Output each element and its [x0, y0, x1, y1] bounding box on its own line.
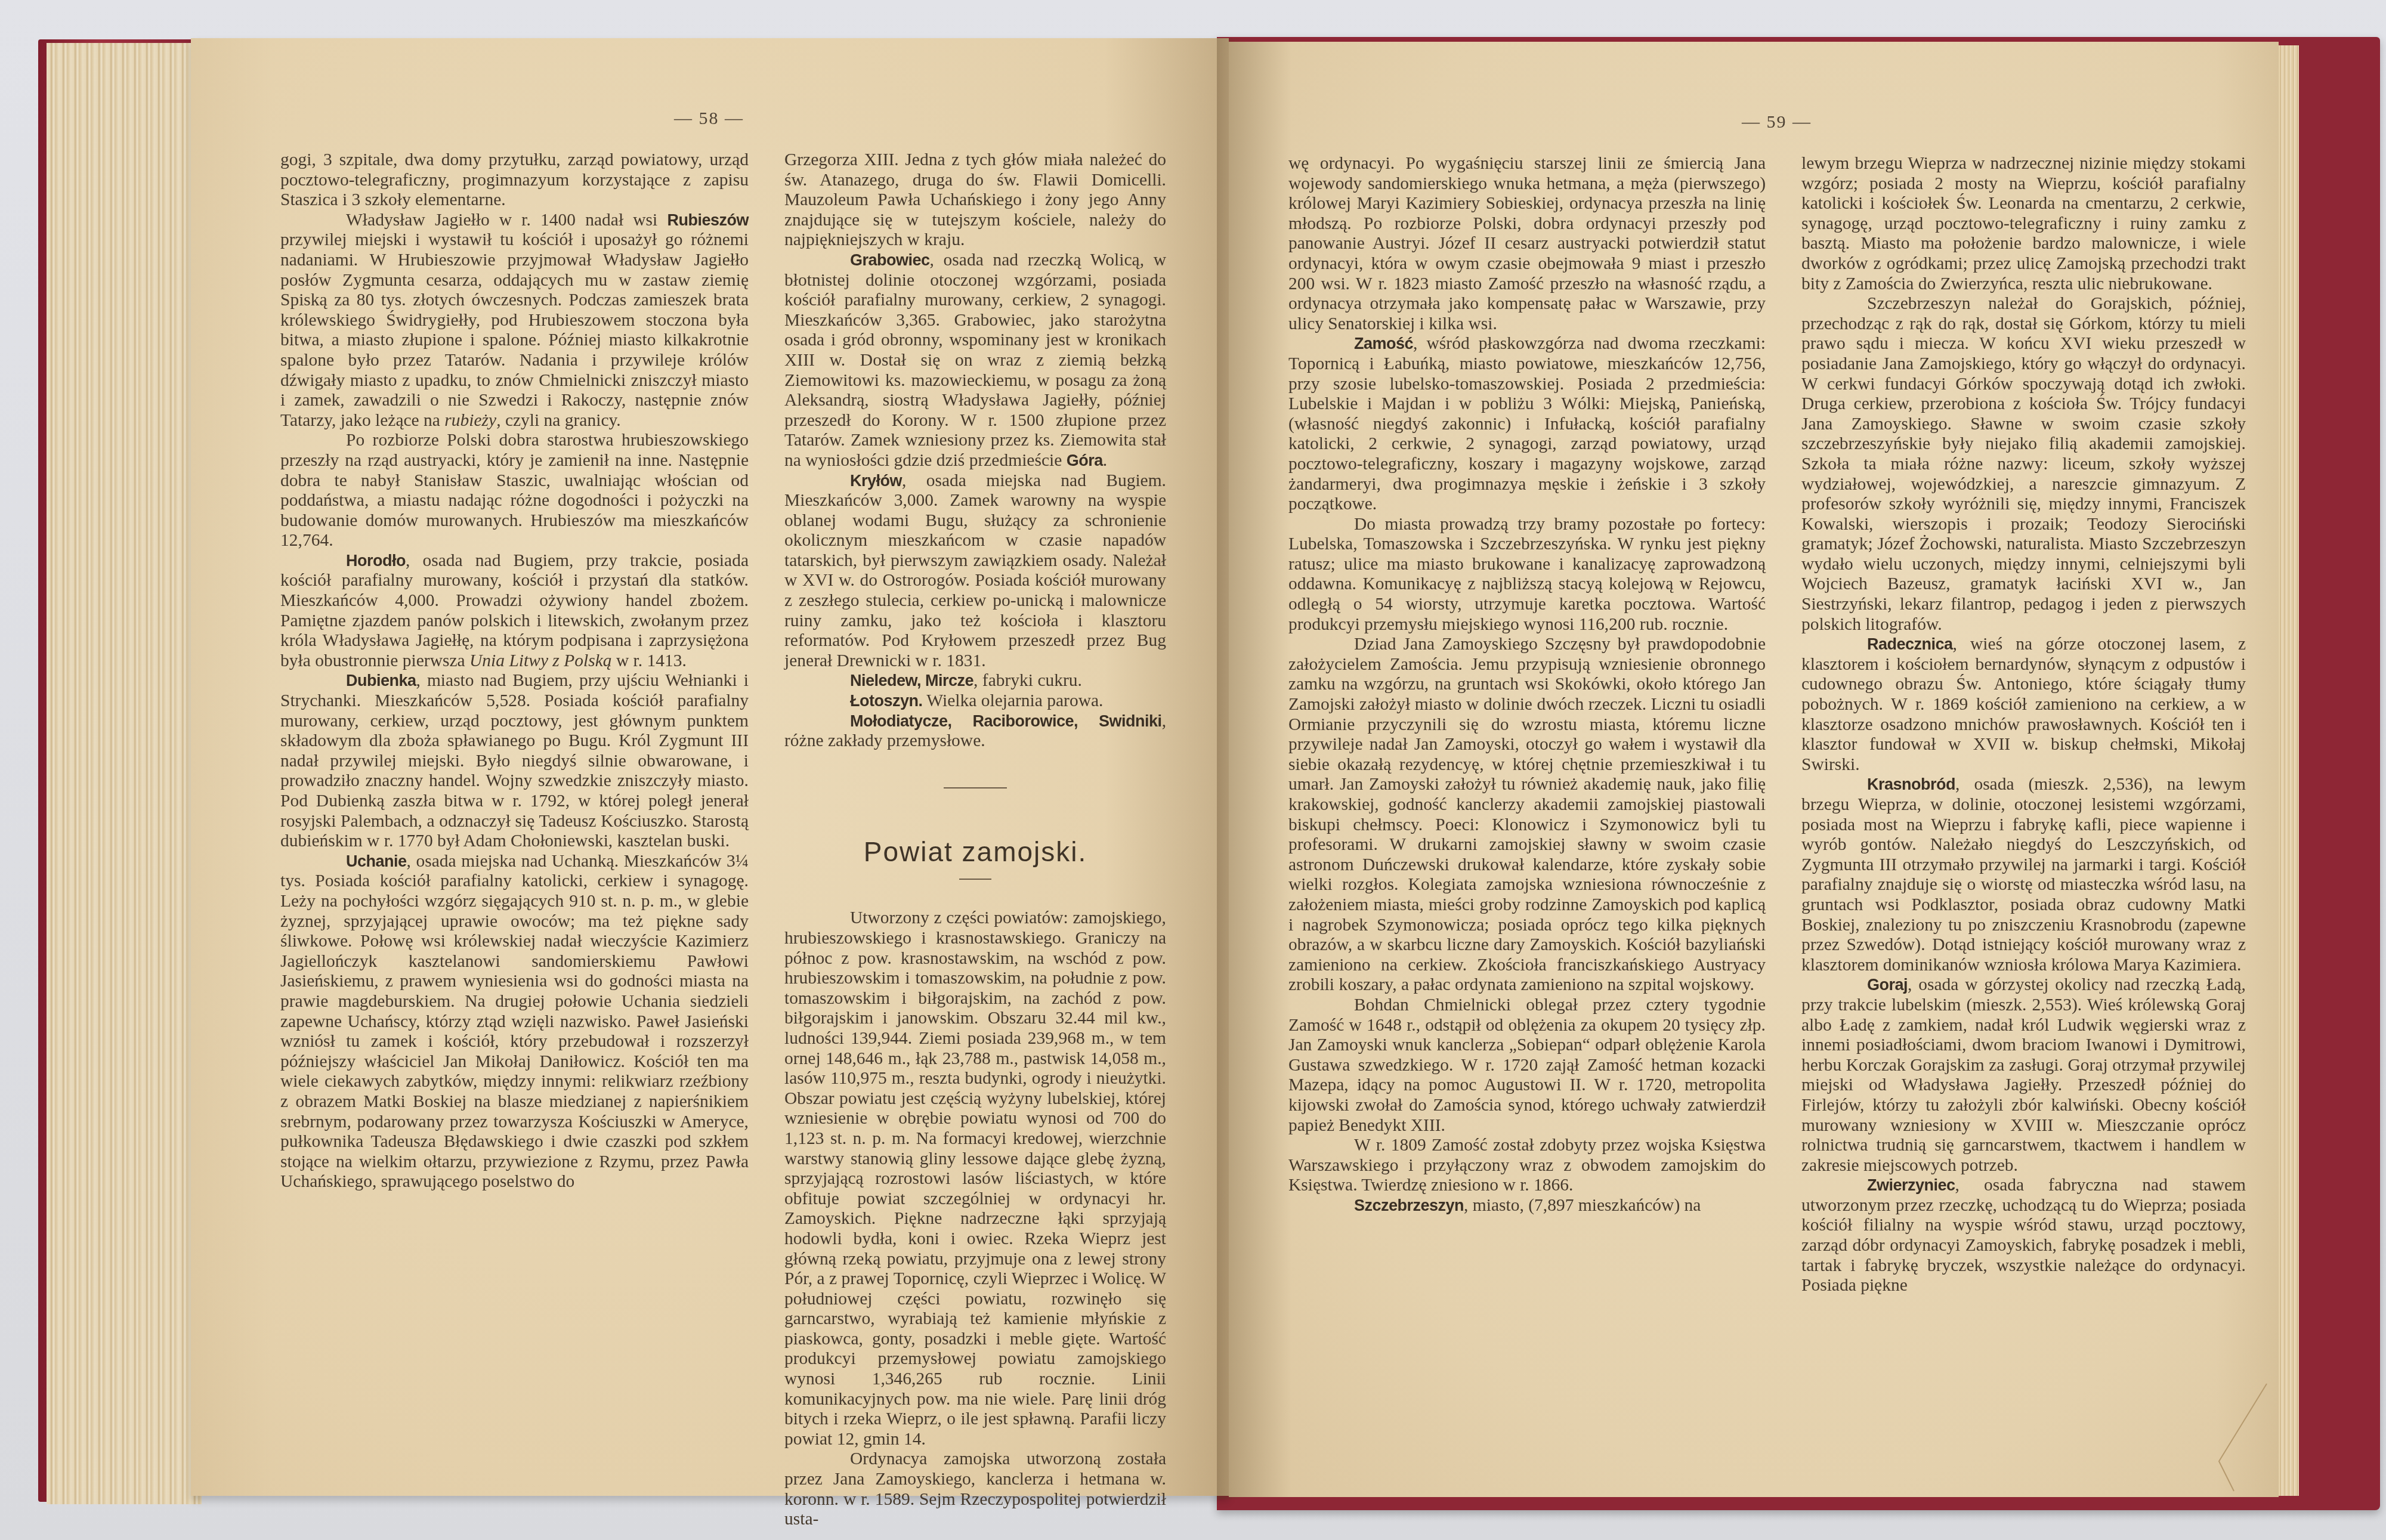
gazetteer-entry: Radecznica, wieś na górze otoczonej lase… [1801, 635, 2246, 775]
paragraph: Utworzony z części powiatów: zamojskiego… [784, 908, 1166, 1449]
page-edge-stack [47, 43, 202, 1504]
entry-headword: Góra [1067, 452, 1103, 469]
body-text: , wśród płaskowzgórza nad dwoma rzeczkam… [1288, 334, 1766, 514]
divider-rule [944, 787, 1007, 788]
body-text: , czyli na granicy. [496, 411, 621, 430]
paragraph: W r. 1809 Zamość został zdobyty przez wo… [1288, 1136, 1766, 1196]
body-text: . [1103, 451, 1107, 470]
gazetteer-entry: Mołodiatycze, Raciborowice, Swidniki, ró… [784, 712, 1166, 752]
entry-headword: Dubienka [346, 672, 416, 689]
body-text: gogi, 3 szpitale, dwa domy przytułku, za… [280, 150, 749, 209]
paragraph: gogi, 3 szpitale, dwa domy przytułku, za… [280, 150, 749, 211]
body-text: Do miasta prowadzą trzy bramy pozostałe … [1288, 515, 1766, 634]
body-text: , fabryki cukru. [973, 671, 1082, 690]
gazetteer-entry: Goraj, osada w górzystej okolicy nad rze… [1801, 975, 2246, 1176]
body-text: przywilej miejski i wystawił tu kościół … [280, 230, 749, 429]
entry-headword: Horodło [346, 552, 406, 570]
gazetteer-entry: Władysław Jagiełło w r. 1400 nadał wsi R… [280, 211, 749, 431]
powiat-zamojski-intro: Utworzony z części powiatów: zamojskiego… [784, 908, 1166, 1529]
body-text: Po rozbiorze Polski dobra starostwa hrub… [280, 431, 749, 550]
page-number: — 59 — [1742, 112, 1812, 132]
body-text: w r. 1413. [612, 651, 687, 670]
gazetteer-entry: Kryłów, osada miejska nad Bugiem. Mieszk… [784, 471, 1166, 672]
gazetteer-entry: Dubienka, miasto nad Bugiem, przy ujściu… [280, 671, 749, 851]
body-text: Szczebrzeszyn należał do Gorajskich, póź… [1801, 294, 2246, 634]
paragraph: wę ordynacyi. Po wygaśnięciu starszej li… [1288, 154, 1766, 334]
body-text: , miasto, (7,897 mieszkańców) na [1464, 1196, 1701, 1215]
gazetteer-entry: Zamość, wśród płaskowzgórza nad dwoma rz… [1288, 334, 1766, 514]
paragraph: lewym brzegu Wieprza w nadrzecznej nizin… [1801, 154, 2246, 294]
entry-headword: Szczebrzeszyn [1354, 1196, 1464, 1214]
entry-headword: Zamość [1354, 335, 1413, 352]
right-page: — 59 — wę ordynacyi. Po wygaśnięciu star… [1229, 42, 2279, 1497]
entry-headword: Radecznica [1867, 635, 1953, 653]
section-title: Powiat zamojski. [784, 842, 1166, 862]
body-text: wę ordynacyi. Po wygaśnięciu starszej li… [1288, 154, 1766, 333]
italic-term: rubieży [444, 411, 496, 430]
entry-headword: Mołodiatycze, Raciborowice, Swidniki [850, 712, 1162, 730]
entries-hrubieszowski-continued: Grzegorza XIII. Jedna z tych głów miała … [784, 150, 1166, 752]
gazetteer-entry: Zwierzyniec, osada fabryczna nad stawem … [1801, 1176, 2246, 1296]
divider-rule-short [959, 879, 991, 880]
body-text: , osada miejska nad Bugiem. Mieszkańców … [784, 471, 1166, 670]
entry-headword: Kryłów [850, 472, 902, 490]
body-text: Ordynacya zamojska utworzoną została prz… [784, 1449, 1166, 1529]
body-text: W r. 1809 Zamość został zdobyty przez wo… [1288, 1136, 1766, 1195]
body-text: , miasto nad Bugiem, przy ujściu Wełnian… [280, 671, 749, 851]
entry-headword: Uchanie [346, 852, 407, 870]
right-page-column-2: lewym brzegu Wieprza w nadrzecznej nizin… [1801, 154, 2246, 1296]
body-text: , osada nad rzeczką Wolicą, w błotnistej… [784, 251, 1166, 470]
body-text: Grzegorza XIII. Jedna z tych głów miała … [784, 150, 1166, 249]
gazetteer-entry: Łotoszyn. Wielka olejarnia parowa. [784, 691, 1166, 712]
paragraph: Do miasta prowadzą trzy bramy pozostałe … [1288, 515, 1766, 635]
body-text: , wieś na górze otoczonej lasem, z klasz… [1801, 635, 2246, 774]
entry-headword: Krasnobród [1867, 775, 1955, 793]
italic-term: Unia Litwy z Polską [469, 651, 611, 670]
paragraph: Szczebrzeszyn należał do Gorajskich, póź… [1801, 294, 2246, 635]
page-edge-right [2279, 45, 2299, 1496]
entry-headword: Grabowiec [850, 251, 930, 269]
paragraph: Ordynacya zamojska utworzoną została prz… [784, 1449, 1166, 1529]
entry-headword: Łotoszyn. [850, 692, 923, 710]
body-text: lewym brzegu Wieprza w nadrzecznej nizin… [1801, 154, 2246, 293]
left-page: — 58 — gogi, 3 szpitale, dwa domy przytu… [191, 38, 1229, 1496]
gazetteer-entry: Szczebrzeszyn, miasto, (7,897 mieszkańcó… [1288, 1196, 1766, 1216]
page-number: — 58 — [674, 109, 744, 129]
paragraph: Grzegorza XIII. Jedna z tych głów miała … [784, 150, 1166, 251]
gazetteer-entry: Nieledew, Mircze, fabryki cukru. [784, 671, 1166, 691]
left-page-column-1: gogi, 3 szpitale, dwa domy przytułku, za… [280, 150, 749, 1192]
gazetteer-entry: Grabowiec, osada nad rzeczką Wolicą, w b… [784, 251, 1166, 471]
body-text: , osada w górzystej okolicy nad rzeczką … [1801, 975, 2246, 1174]
paragraph: Bohdan Chmielnicki oblegał przez cztery … [1288, 995, 1766, 1136]
body-text: , osada (mieszk. 2,536), na lewym brzegu… [1801, 775, 2246, 974]
body-text: Władysław Jagiełło w r. 1400 nadał wsi [346, 211, 667, 230]
entry-headword: Nieledew, Mircze [850, 672, 973, 689]
paragraph: Po rozbiorze Polski dobra starostwa hrub… [280, 431, 749, 551]
paragraph: Dziad Jana Zamoyskiego Szczęsny był praw… [1288, 635, 1766, 995]
entry-headword: Zwierzyniec [1867, 1176, 1955, 1194]
gazetteer-entry: Uchanie, osada miejska nad Uchanką. Mies… [280, 852, 749, 1192]
left-page-column-2: Grzegorza XIII. Jedna z tych głów miała … [784, 150, 1166, 1530]
body-text: , osada miejska nad Uchanką. Mieszkańców… [280, 852, 749, 1192]
body-text: Bohdan Chmielnicki oblegał przez cztery … [1288, 995, 1766, 1135]
gazetteer-entry: Horodło, osada nad Bugiem, przy trakcie,… [280, 551, 749, 672]
body-text: Utworzony z części powiatów: zamojskiego… [784, 908, 1166, 1448]
gazetteer-entry: Krasnobród, osada (mieszk. 2,536), na le… [1801, 775, 2246, 975]
body-text: Wielka olejarnia parowa. [923, 691, 1104, 710]
entry-headword: Rubieszów [667, 211, 749, 229]
right-page-column-1: wę ordynacyi. Po wygaśnięciu starszej li… [1288, 154, 1766, 1216]
entry-headword: Goraj [1867, 976, 1908, 994]
body-text: Dziad Jana Zamoyskiego Szczęsny był praw… [1288, 635, 1766, 994]
page-corner-crease [2207, 1378, 2273, 1497]
